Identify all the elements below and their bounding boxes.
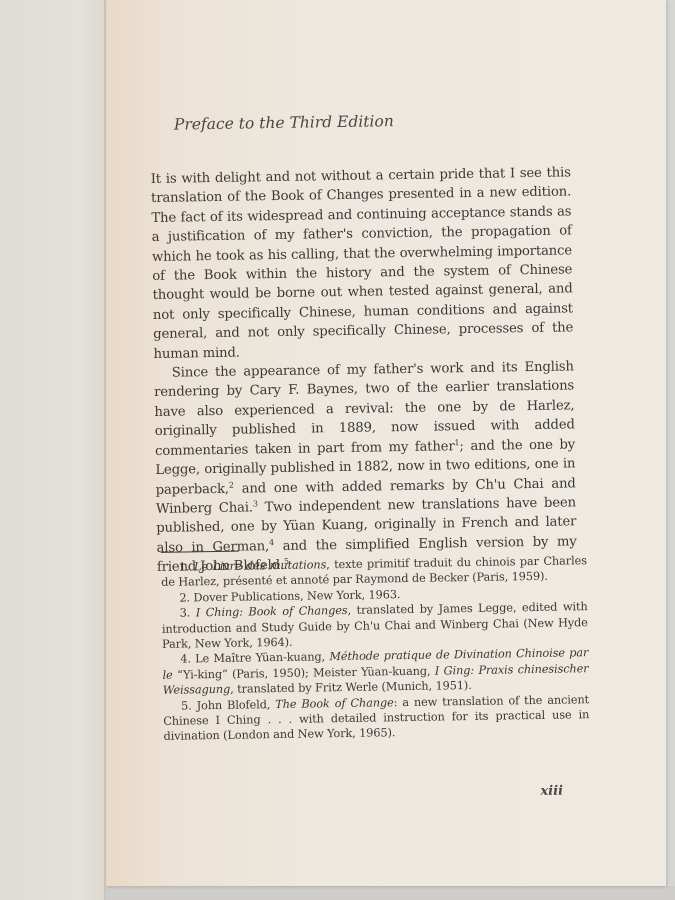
body-text: It is with delight and not without a cer… [151, 163, 577, 577]
footnote-text: John Blofeld, [197, 698, 276, 712]
footnote-title: Le Livre des mutations [194, 558, 326, 573]
page-number: xiii [540, 784, 563, 799]
paragraph-2: Since the appearance of my father's work… [154, 357, 577, 577]
footnote-title: I Ching: Book of Changes [196, 604, 348, 619]
footnote-3: 3. I Ching: Book of Changes, translated … [162, 599, 589, 652]
footnote-title: The Book of Change [275, 696, 394, 711]
footnote-number: 5. [181, 699, 192, 712]
footnotes: 1. Le Livre des mutations, texte primiti… [161, 553, 590, 745]
footnote-text: Le Maître Yüan-kuang, [195, 651, 329, 666]
footnote-text: , translated by Fritz Werle (Munich, 195… [230, 679, 472, 696]
footnote-text: Dover Publications, New York, 1963. [193, 588, 400, 604]
footnote-number: 2. [179, 591, 190, 604]
background-edge [666, 0, 675, 900]
footnote-number: 4. [180, 653, 191, 666]
footnote-4: 4. Le Maître Yüan-kuang, Méthode pratiqu… [162, 646, 589, 699]
footnote-number: 1. [179, 560, 190, 573]
chapter-heading: Preface to the Third Edition [174, 112, 394, 133]
footnote-5: 5. John Blofeld, The Book of Change: a n… [163, 692, 590, 745]
footnote-text: “Yi-king” (Paris, 1950); Meister Yüan-ku… [173, 664, 435, 681]
footnote-number: 3. [180, 607, 191, 620]
paragraph-1: It is with delight and not without a cer… [151, 163, 574, 364]
facing-left-page [0, 0, 112, 900]
background-bottom [106, 886, 675, 900]
